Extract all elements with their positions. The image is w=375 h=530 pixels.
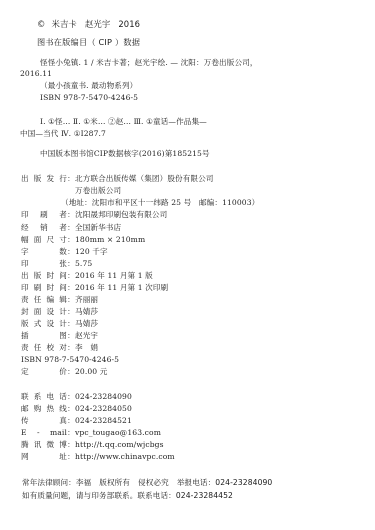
field-row: 版式设计：马婧莎 xyxy=(21,319,98,329)
field-row: 出版时间：2016 年 11 月第 1 版 xyxy=(21,271,153,281)
weibo-value: http://t.qq.com/wjcbgs xyxy=(75,440,164,449)
field-value: 齐丽丽 xyxy=(75,295,98,304)
field-row: 印刷时间：2016 年 11 月第 1 次印刷 xyxy=(21,283,168,293)
website-value: http://www.chinavpc.com xyxy=(75,452,175,461)
email-value: vpc_tougao@163.com xyxy=(75,428,161,437)
copyright-author: 米吉卡 xyxy=(51,19,76,29)
isbn: ISBN 978-7-5470-4246-5 xyxy=(21,355,119,365)
fax-value: 024-23284521 xyxy=(75,416,132,425)
field-label: 网 址 xyxy=(21,452,67,462)
contact-row: 联系电话：024-23284090 xyxy=(21,392,132,402)
cip-title: 图书在版编目（ CIP ）数据 xyxy=(37,37,140,47)
quality-notice: 如有质量问题，请与印务部联系。联系电话：024-23284452 xyxy=(22,491,233,501)
field-label: 插 图 xyxy=(21,331,67,341)
field-value: 全国新华书店 xyxy=(75,223,121,232)
publisher-name: 北方联合出版传媒（集团）股份有限公司 xyxy=(75,174,214,183)
field-label: 腾讯微博 xyxy=(21,440,67,450)
field-value: 马婧莎 xyxy=(75,319,98,328)
field-row: 封面设计：马婧莎 xyxy=(21,307,98,317)
field-row: 责任编辑：齐丽丽 xyxy=(21,295,98,305)
field-label: 印 张 xyxy=(21,259,67,269)
contact-row: E - mail：vpc_tougao@163.com xyxy=(21,428,161,438)
cip-line: Ⅰ. ①怪… Ⅱ. ①米… ②赵… Ⅲ. ①童话—作品集— xyxy=(40,117,207,127)
copyright-illustrator: 赵光宇 xyxy=(85,19,110,29)
field-value: 2016 年 11 月第 1 次印刷 xyxy=(75,283,168,292)
phone-value: 024-23284090 xyxy=(75,392,132,401)
field-row: 插 图：赵光宇 xyxy=(21,331,98,341)
rights-notice: 版权所有 xyxy=(99,478,130,487)
field-row: 经 销 者：全国新华书店 xyxy=(21,223,121,233)
field-value: 沈阳晟邦印刷包装有限公司 xyxy=(75,210,167,219)
contact-row: 腾讯微博：http://t.qq.com/wjcbgs xyxy=(21,440,164,450)
legal-notice: 常年法律顾问：李福版权所有侵权必究举报电话：024-23284090 xyxy=(22,478,272,488)
field-label: 字 数 xyxy=(21,247,67,257)
price-value: 20.00 元 xyxy=(75,367,107,376)
field-value: 120 千字 xyxy=(75,247,108,256)
cip-isbn: ISBN 978-7-5470-4246-5 xyxy=(40,93,138,103)
contact-row: 传 真：024-23284521 xyxy=(21,416,132,426)
publisher-imprint: 万卷出版公司 xyxy=(75,186,121,195)
mail-order-value: 024-23284050 xyxy=(75,404,132,413)
copyright-line: ©米吉卡赵光宇2016 xyxy=(37,19,140,29)
cip-line: 怪怪小兔镇. 1 / 米吉卡著；赵光宇绘. — 沈阳：万卷出版公司， xyxy=(40,58,258,68)
field-label: 出版发行 xyxy=(21,174,67,184)
field-label: 传 真 xyxy=(21,416,67,426)
cip-line: （最小孩童书. 最动物系列） xyxy=(40,81,137,91)
field-label: 经 销 者 xyxy=(21,223,67,233)
field-row: 责任校对：李 娟 xyxy=(21,343,98,353)
publisher-address: （地址：沈阳市和平区十一纬路 25 号 邮编：110003） xyxy=(21,198,259,208)
field-label: 出版时间 xyxy=(21,271,67,281)
field-value: 赵光宇 xyxy=(75,331,98,340)
field-label: 版式设计 xyxy=(21,319,67,329)
report-phone: 举报电话：024-23284090 xyxy=(177,478,273,487)
field-label: 定 价 xyxy=(21,367,67,377)
copyright-icon: © xyxy=(37,19,45,29)
contact-row: 网 址：http://www.chinavpc.com xyxy=(21,452,175,462)
cip-line: 中国—当代 Ⅳ. ①I287.7 xyxy=(20,129,106,139)
field-label: 责任编辑 xyxy=(21,295,67,305)
legal-label: 常年法律顾问： xyxy=(22,478,76,487)
field-value: 马婧莎 xyxy=(75,307,98,316)
publisher-row: 出版发行：北方联合出版传媒（集团）股份有限公司 xyxy=(21,174,214,184)
copyright-year: 2016 xyxy=(118,19,140,29)
field-row: 幅面尺寸：180mm × 210mm xyxy=(21,235,145,245)
field-label: 幅面尺寸 xyxy=(21,235,67,245)
field-value: 李 娟 xyxy=(75,343,98,352)
publisher-row: 万卷出版公司 xyxy=(21,186,121,196)
field-row: 字 数：120 千字 xyxy=(21,247,108,257)
legal-name: 李福 xyxy=(76,478,91,487)
cip-line: 2016.11 xyxy=(20,69,52,79)
field-label: 印 刷 者 xyxy=(21,210,67,220)
contact-row: 邮购热线：024-23284050 xyxy=(21,404,132,414)
price-row: 定 价：20.00 元 xyxy=(21,367,107,377)
field-label: 封面设计 xyxy=(21,307,67,317)
field-label: 联系电话 xyxy=(21,392,67,402)
field-row: 印 刷 者：沈阳晟邦印刷包装有限公司 xyxy=(21,210,167,220)
field-row: 印 张：5.75 xyxy=(21,259,92,269)
piracy-notice: 侵权必究 xyxy=(138,478,169,487)
field-value: 5.75 xyxy=(75,259,92,268)
field-label: 印刷时间 xyxy=(21,283,67,293)
field-value: 180mm × 210mm xyxy=(75,235,145,244)
copyright-page: ©米吉卡赵光宇2016 图书在版编目（ CIP ）数据 怪怪小兔镇. 1 / 米… xyxy=(0,0,375,530)
field-label: 责任校对 xyxy=(21,343,67,353)
field-label: E - mail xyxy=(21,428,67,438)
field-label: 邮购热线 xyxy=(21,404,67,414)
cip-verification-number: 中国版本图书馆CIP数据核字(2016)第185215号 xyxy=(40,149,210,159)
field-value: 2016 年 11 月第 1 版 xyxy=(75,271,153,280)
